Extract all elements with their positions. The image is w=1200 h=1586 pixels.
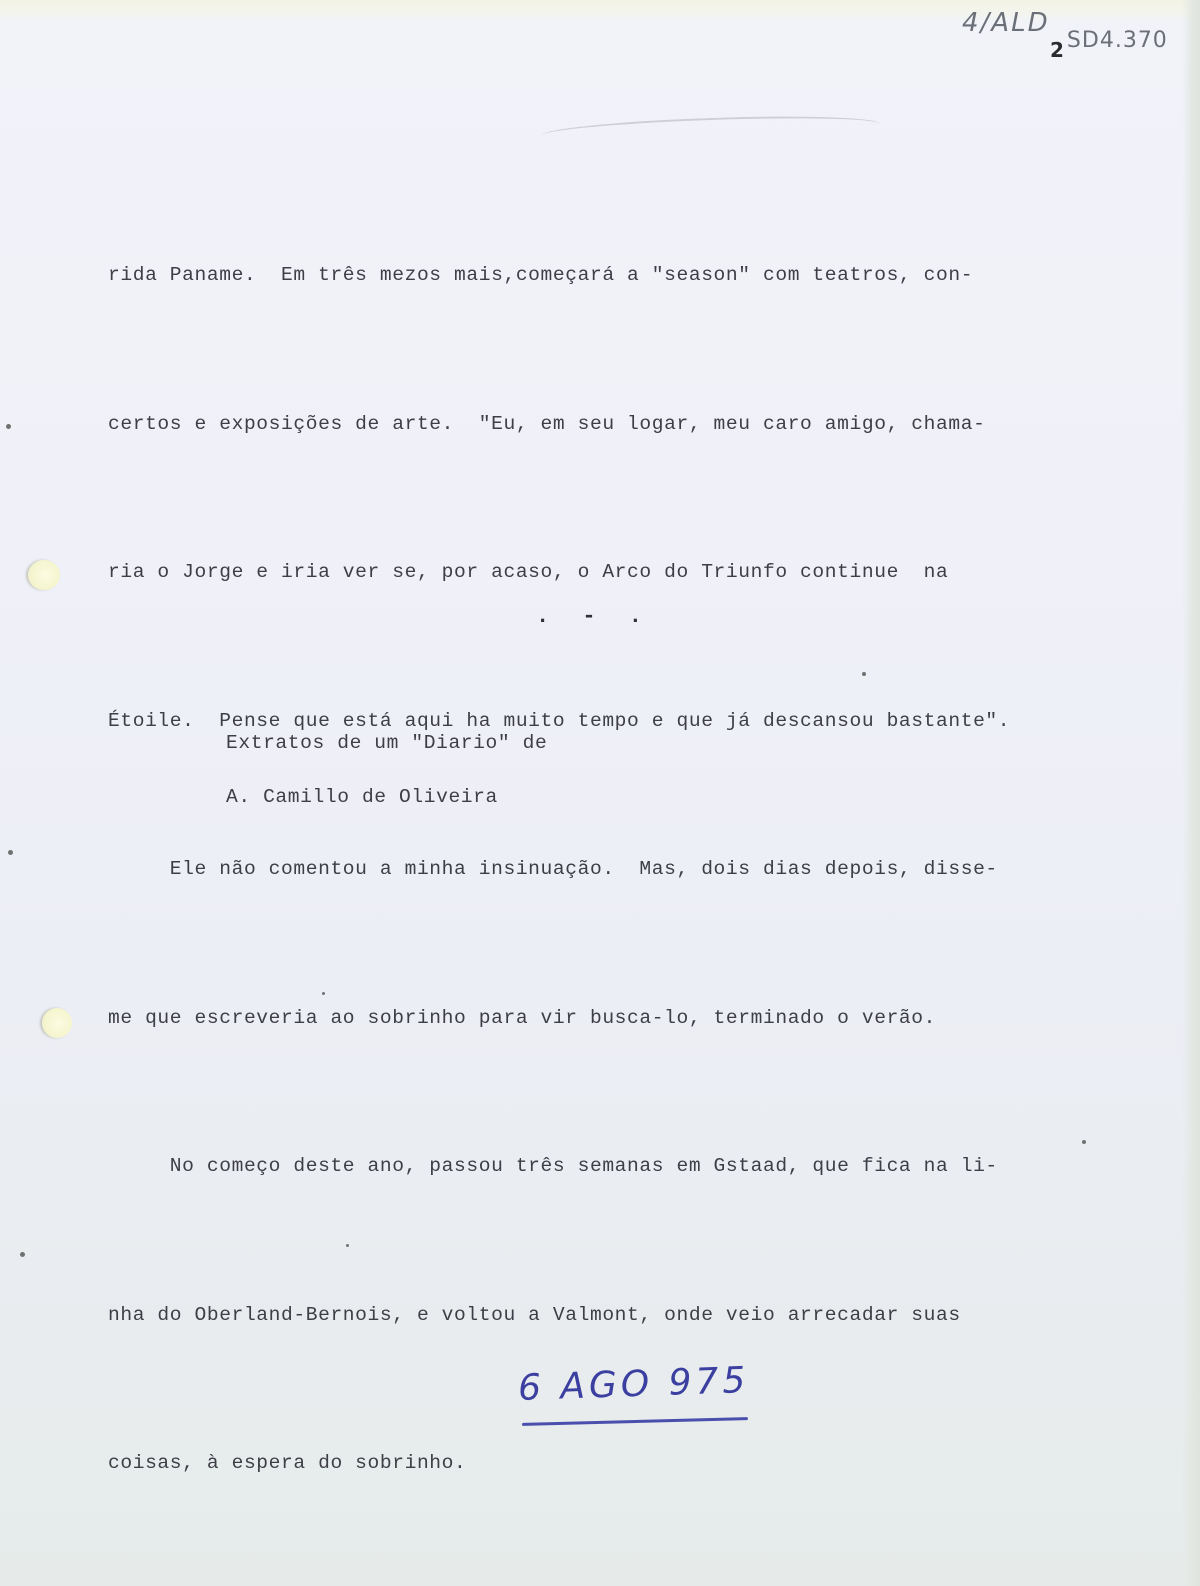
body-line: certos e exposições de arte. "Eu, em seu… bbox=[108, 400, 1188, 450]
handwritten-date: 6 AGO 975 bbox=[517, 1360, 750, 1409]
paper-speck bbox=[1082, 1140, 1086, 1144]
paper-speck bbox=[20, 1252, 25, 1257]
body-line: rida Paname. Em três mezos mais,começará… bbox=[108, 251, 1188, 301]
reference-code-prefix: 2 bbox=[1050, 38, 1065, 62]
body-line: nha do Oberland-Bernois, e voltou a Valm… bbox=[108, 1291, 1188, 1341]
paper-speck bbox=[8, 850, 13, 855]
paper-speck bbox=[862, 672, 866, 676]
reference-code-value: SD4.370 bbox=[1067, 28, 1168, 53]
punch-hole bbox=[28, 560, 60, 590]
body-line: coisas, à espera do sobrinho. bbox=[108, 1439, 1188, 1489]
paper-speck bbox=[346, 1244, 349, 1247]
handwritten-reference-top: 4/ALD bbox=[962, 8, 1050, 38]
punch-hole bbox=[42, 1008, 72, 1038]
signature-block: Extratos de um "Diario" deA. Camillo de … bbox=[226, 716, 547, 824]
body-line: ria o Jorge e iria ver se, por acaso, o … bbox=[108, 548, 1188, 598]
handwritten-reference-code: 2SD4.370 bbox=[1050, 28, 1168, 53]
body-line: Ele não comentou a minha insinuação. Mas… bbox=[108, 845, 1188, 895]
signature-line: A. Camillo de Oliveira bbox=[226, 770, 547, 824]
document-page: 4/ALD 2SD4.370 rida Paname. Em três mezo… bbox=[0, 0, 1200, 1586]
signature-line: Extratos de um "Diario" de bbox=[226, 716, 547, 770]
body-line: No começo deste ano, passou três semanas… bbox=[108, 1142, 1188, 1192]
paper-speck bbox=[6, 424, 11, 429]
paper-speck bbox=[322, 992, 325, 995]
section-separator: . - . bbox=[536, 604, 652, 629]
paper-fold-mark bbox=[540, 112, 880, 136]
body-line: me que escreveria ao sobrinho para vir b… bbox=[108, 994, 1188, 1044]
